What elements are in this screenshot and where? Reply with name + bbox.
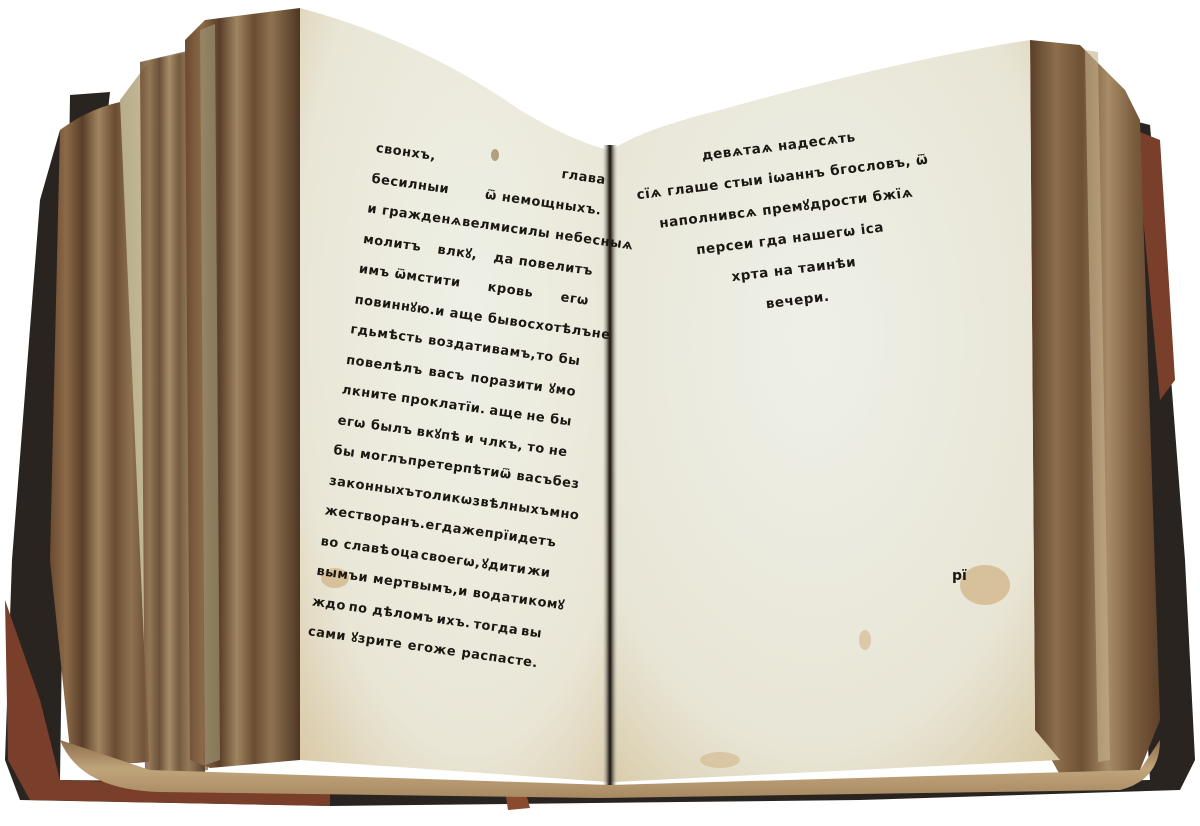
signature-mark: рї — [952, 568, 967, 584]
right-page-text: девѧтаѧ надесѧть сїѧ глаше стыи іѡаннъ б… — [628, 113, 948, 334]
book-illustration — [0, 0, 1200, 826]
book-photo: свонхъ,глава бесилныиѿ немощныхъ. и граж… — [0, 0, 1200, 826]
